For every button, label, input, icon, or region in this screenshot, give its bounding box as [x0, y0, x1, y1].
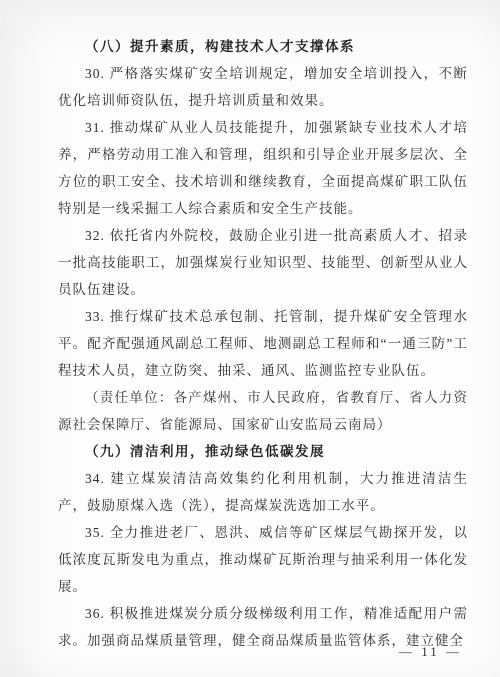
document-page: （八）提升素质，构建技术人才支撑体系 30. 严格落实煤矿安全培训规定，增加安全… — [0, 0, 500, 677]
section-heading-8: （八）提升素质，构建技术人才支撑体系 — [58, 33, 468, 60]
paragraph-32: 32. 依托省内外院校，鼓励企业引进一批高素质人才、招录一批高技能职工，加强煤炭… — [58, 222, 468, 303]
document-body: （八）提升素质，构建技术人才支撑体系 30. 严格落实煤矿安全培训规定，增加安全… — [58, 33, 468, 654]
paragraph-35: 35. 全力推进老厂、恩洪、威信等矿区煤层气勘探开发，以低浓度瓦斯发电为重点，推… — [58, 519, 468, 600]
responsible-units-note: （责任单位：各产煤州、市人民政府，省教育厅、省人力资源社会保障厅、省能源局、国家… — [58, 384, 468, 438]
paragraph-33: 33. 推行煤矿技术总承包制、托管制，提升煤矿安全管理水平。配齐配强通风副总工程… — [58, 303, 468, 384]
paragraph-31: 31. 推动煤矿从业人员技能提升，加强紧缺专业技术人才培养，严格劳动用工准入和管… — [58, 114, 468, 222]
paragraph-30: 30. 严格落实煤矿安全培训规定，增加安全培训投入，不断优化培训师资队伍，提升培… — [58, 60, 468, 114]
paragraph-34: 34. 建立煤炭清洁高效集约化利用机制，大力推进清洁生产，鼓励原煤入选（洗），提… — [58, 465, 468, 519]
page-number: — 11 — — [399, 644, 462, 659]
section-heading-9: （九）清洁利用，推动绿色低碳发展 — [58, 438, 468, 465]
page-footer: — 11 — — [399, 644, 462, 660]
